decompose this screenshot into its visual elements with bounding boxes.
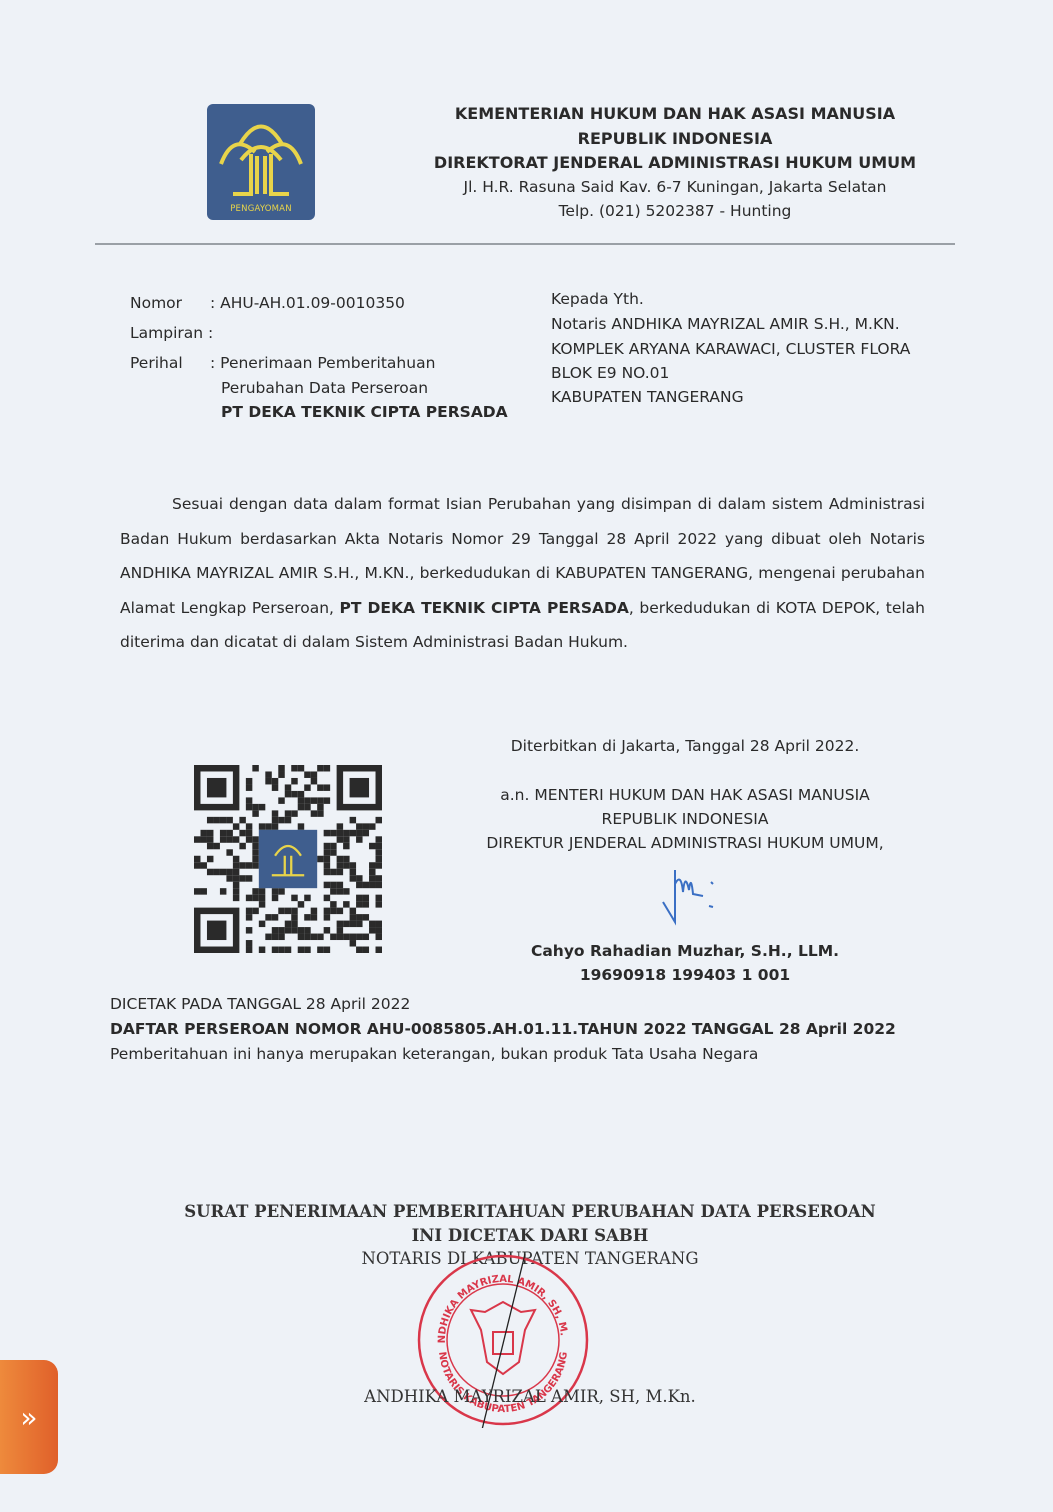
office-phone: Telp. (021) 5202387 - Hunting (380, 202, 970, 220)
on-behalf-line2: REPUBLIK INDONESIA (470, 810, 900, 828)
recipient-salutation: Kepada Yth. (551, 290, 644, 308)
printed-date: DICETAK PADA TANGGAL 28 April 2022 (110, 995, 410, 1013)
pengayoman-tree-icon (207, 104, 315, 204)
nomor-label: Nomor (130, 294, 182, 312)
qr-code (193, 765, 383, 953)
on-behalf-line1: a.n. MENTERI HUKUM DAN HAK ASASI MANUSIA (470, 786, 900, 804)
body-paragraph: Sesuai dengan data dalam format Isian Pe… (120, 487, 925, 660)
recipient-line2: KOMPLEK ARYANA KARAWACI, CLUSTER FLORA (551, 340, 910, 358)
recipient-line3: BLOK E9 NO.01 (551, 364, 669, 382)
director-name: Cahyo Rahadian Muzhar, S.H., LLM. (470, 942, 900, 960)
office-address: Jl. H.R. Rasuna Said Kav. 6-7 Kuningan, … (380, 178, 970, 196)
perihal-line2: Perubahan Data Perseroan (221, 379, 428, 397)
cert-line1: SURAT PENERIMAAN PEMBERITAHUAN PERUBAHAN… (180, 1202, 880, 1221)
ministry-logo: PENGAYOMAN (207, 104, 315, 220)
svg-text:ANDHIKA MAYRIZAL AMIR, SH, M.K: ANDHIKA MAYRIZAL AMIR, SH, M.Kn (415, 1252, 569, 1343)
disclaimer: Pemberitahuan ini hanya merupakan ketera… (110, 1045, 758, 1063)
nomor-value: : AHU-AH.01.09-0010350 (210, 294, 405, 312)
on-behalf-line3: DIREKTUR JENDERAL ADMINISTRASI HUKUM UMU… (470, 834, 900, 852)
logo-caption: PENGAYOMAN (207, 204, 315, 214)
country-name: REPUBLIK INDONESIA (380, 129, 970, 148)
director-nip: 19690918 199403 1 001 (470, 966, 900, 984)
expand-panel-button[interactable]: » (0, 1360, 58, 1474)
header-divider (95, 243, 955, 245)
issued-line: Diterbitkan di Jakarta, Tanggal 28 April… (470, 737, 900, 755)
directorate-name: DIREKTORAT JENDERAL ADMINISTRASI HUKUM U… (380, 153, 970, 172)
perihal-line1: : Penerimaan Pemberitahuan (210, 354, 435, 372)
double-chevron-right-icon: » (20, 1401, 37, 1434)
recipient-line4: KABUPATEN TANGERANG (551, 388, 744, 406)
body-company: PT DEKA TEKNIK CIPTA PERSADA (340, 599, 629, 617)
registry-number: DAFTAR PERSEROAN NOMOR AHU-0085805.AH.01… (110, 1020, 896, 1038)
ministry-name: KEMENTERIAN HUKUM DAN HAK ASASI MANUSIA (380, 104, 970, 123)
recipient-line1: Notaris ANDHIKA MAYRIZAL AMIR S.H., M.KN… (551, 315, 900, 333)
notary-signer-name: ANDHIKA MAYRIZAL AMIR, SH, M.Kn. (180, 1387, 880, 1406)
director-signature-icon (655, 862, 735, 932)
lampiran-label: Lampiran : (130, 324, 213, 342)
perihal-label: Perihal (130, 354, 183, 372)
cert-line2: INI DICETAK DARI SABH (180, 1226, 880, 1245)
perihal-company: PT DEKA TEKNIK CIPTA PERSADA (221, 403, 508, 421)
